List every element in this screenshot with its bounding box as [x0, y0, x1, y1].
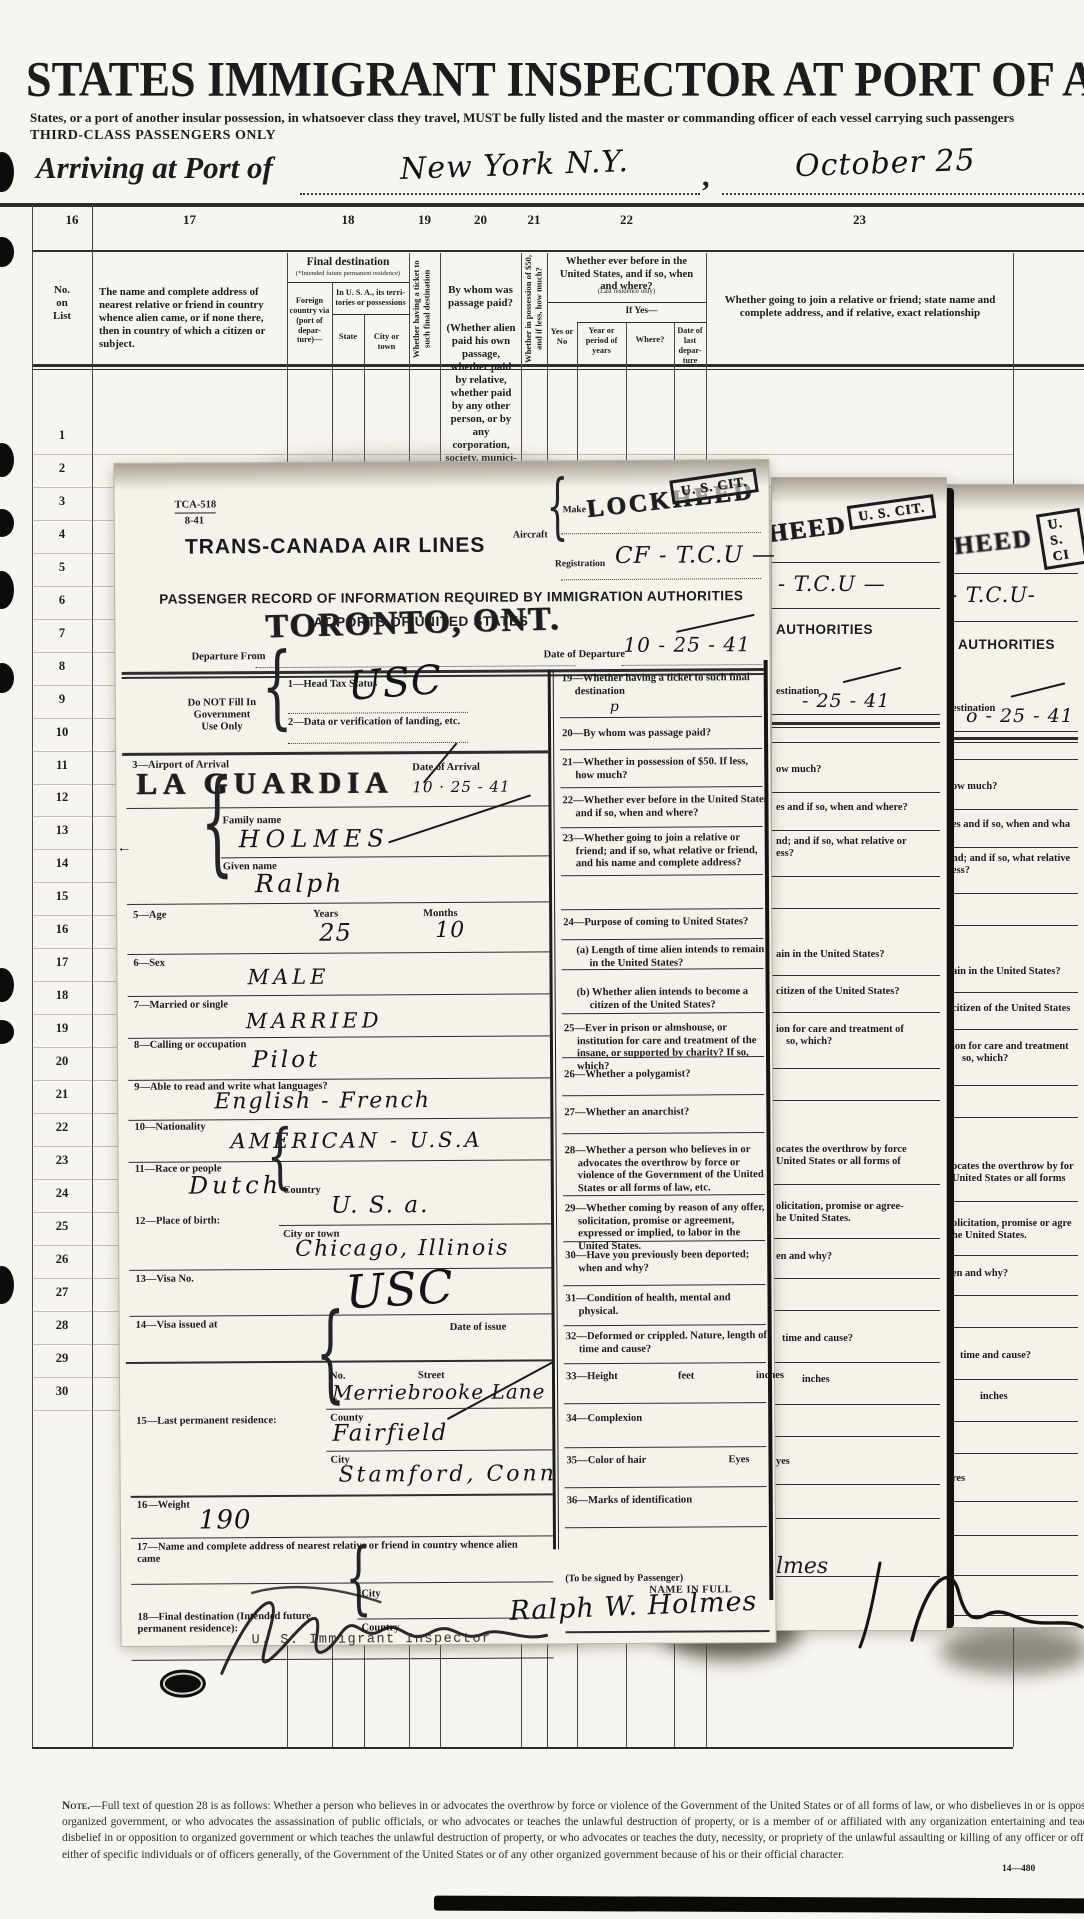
manifest-row-number: 25 — [40, 1219, 84, 1234]
answer-line — [562, 1094, 764, 1096]
col22-year: Year or period of years — [579, 326, 624, 356]
column-number-19: 19 — [409, 212, 440, 228]
binder-mark — [0, 509, 14, 537]
column-number-21: 21 — [521, 212, 547, 228]
binder-mark — [0, 1020, 14, 1044]
visa-no-value: USC — [344, 1259, 455, 1319]
toronto-stamp: TORONTO, ONT. — [265, 600, 561, 646]
binder-mark — [0, 237, 14, 267]
form-question: 31—Condition of health, mental and physi… — [565, 1292, 771, 1318]
answer-line — [772, 876, 940, 877]
form-question: 26—Whether a polygamist? — [564, 1068, 770, 1082]
answer-line — [948, 992, 1078, 993]
question-fragment: ain in the United States? — [776, 949, 885, 960]
given-name-value: Ralph — [255, 869, 345, 899]
answer-line — [948, 1295, 1078, 1296]
form-question: 30—Have you previously been deported; wh… — [565, 1249, 771, 1275]
form-question: 32—Deformed or crippled. Nature, length … — [566, 1330, 772, 1356]
question-fragment: time and cause? — [782, 1333, 853, 1344]
col16-label: No. on List — [40, 284, 84, 323]
header-bottom-rule — [32, 364, 1084, 367]
pen-mark — [1011, 682, 1066, 697]
form-code-numerator: TCA-518 — [175, 499, 217, 513]
inspector-signature — [191, 1561, 592, 1693]
manifest-row-number: 6 — [40, 593, 84, 608]
residence-city-value: Stamford, Conn — [339, 1461, 557, 1487]
manifest-row-number: 7 — [40, 626, 84, 641]
signature-flourish — [852, 1545, 1084, 1655]
col18-state: State — [334, 332, 362, 342]
inline-unit-label: Eyes — [728, 1454, 749, 1465]
column-number-17: 17 — [92, 212, 287, 228]
col22-ifyes: If Yes— — [577, 306, 706, 317]
question-fragment: yes — [776, 1456, 790, 1467]
note-body: —Full text of question 28 is as follows:… — [62, 1800, 1084, 1861]
manifest-row-number: 13 — [40, 823, 84, 838]
question-fragment: en and why? — [776, 1251, 832, 1262]
row-pointer-arrow: ← — [117, 840, 132, 857]
answer-line — [563, 1194, 765, 1196]
authorities-fragment: AUTHORITIES — [958, 637, 1055, 652]
document-title: STATES IMMIGRANT INSPECTOR AT PORT OF AR… — [26, 50, 1084, 107]
question-fragment: ow much? — [776, 764, 821, 775]
col18-foreign: Foreign country via (port of depar- ture… — [289, 296, 330, 345]
questions-column: 19—Whether having a ticket to such final… — [554, 460, 773, 1643]
manifest-row-number: 29 — [40, 1351, 84, 1366]
scan-black-band — [434, 1896, 1084, 1914]
question-fragment: ain in the United States? — [952, 966, 1061, 977]
col18-city: City or town — [366, 332, 407, 352]
answer-line — [948, 1201, 1078, 1202]
residence-label: 15—Last permanent residence: — [136, 1415, 276, 1428]
form-question: (b) Whether alien intends to become a ci… — [564, 986, 770, 1012]
visa-no-label: 13—Visa No. — [135, 1274, 194, 1286]
col22-where: Where? — [628, 334, 672, 344]
answer-line — [948, 809, 1078, 810]
arrival-date-label: Date of Arrival — [412, 762, 480, 774]
inline-unit-label: inches — [756, 1370, 784, 1381]
answer-line — [565, 1526, 767, 1528]
answer-line — [772, 1404, 940, 1405]
birth-country-label: Country — [283, 1185, 321, 1197]
answer-line — [772, 1238, 940, 1239]
sex-label: 6—Sex — [133, 958, 165, 970]
weight-value: 190 — [199, 1505, 252, 1535]
answer-line — [562, 1012, 764, 1014]
form-question: 23—Whether going to join a relative or f… — [563, 832, 769, 871]
answer-line — [948, 1255, 1078, 1256]
binder-mark — [0, 968, 14, 1002]
answer-line — [948, 731, 1078, 732]
answer-line — [772, 908, 940, 909]
answer-line — [560, 786, 762, 788]
married-value: MARRIED — [246, 1008, 383, 1033]
question-fragment: citizen of the United States? — [776, 986, 900, 997]
question-fragment: es and if so, when and wha — [952, 819, 1070, 830]
question-fragment: en and why? — [952, 1268, 1008, 1279]
note-lead: Note. — [62, 1800, 90, 1812]
subrule — [547, 302, 706, 303]
question-fragment: inches — [802, 1374, 830, 1385]
answer-line — [772, 1518, 940, 1519]
question-fragment: United States or all forms — [952, 1173, 1066, 1184]
tca-passenger-record-form: TCA-518 8-41 TRANS-CANADA AIR LINES Airc… — [114, 460, 775, 1646]
pen-mark — [388, 794, 531, 843]
col17-label: The name and complete address of nearest… — [99, 286, 281, 351]
answer-line — [562, 1132, 764, 1134]
answer-line — [772, 1100, 940, 1101]
answer-line — [561, 908, 763, 910]
answer-line — [948, 925, 1078, 926]
manifest-row-number: 12 — [40, 790, 84, 805]
manifest-row-number: 2 — [40, 461, 84, 476]
form-print-code: 14—480 — [1002, 1864, 1035, 1874]
manifest-row-number: 23 — [40, 1153, 84, 1168]
question-fragment: he United States. — [952, 1230, 1027, 1241]
laguardia-stamp: LA GUARDIA — [136, 764, 393, 802]
document-subtitle: States, or a port of another insular pos… — [30, 110, 1014, 126]
answer-line — [561, 874, 763, 876]
visa-issued-label: 14—Visa issued at — [136, 1319, 218, 1332]
binder-mark — [0, 571, 14, 609]
form-question: 28—Whether a person who believes in or a… — [565, 1144, 771, 1195]
answer-line — [948, 1085, 1078, 1086]
registration-fragment: - T.C.U — — [778, 572, 886, 596]
birth-label: 12—Place of birth: — [135, 1215, 220, 1228]
question-fragment: so, which? — [962, 1053, 1008, 1064]
authorities-fragment: AUTHORITIES — [776, 622, 873, 637]
birth-country-value: U. S. a. — [331, 1192, 430, 1219]
answer-line — [772, 1278, 940, 1279]
question-fragment: es and if so, when and where? — [776, 802, 908, 813]
question-fragment: ess? — [952, 865, 970, 876]
manifest-row-number: 11 — [40, 758, 84, 773]
table-top-rule — [0, 203, 1084, 207]
form-question: (a) Length of time alien intends to rema… — [563, 944, 769, 970]
answer-line — [565, 1486, 767, 1488]
col18-label: Final destination — [289, 256, 407, 270]
form-question: 27—Whether an anarchist? — [564, 1106, 770, 1120]
inspector-typed-label: U. S. Immigrant Inspector — [252, 1632, 492, 1648]
answer-line — [772, 1362, 940, 1363]
column-number-23: 23 — [706, 212, 1013, 228]
birth-city-value: Chicago, Illinois — [295, 1236, 509, 1262]
form-code-denominator: 8-41 — [185, 515, 204, 527]
manifest-row-number: 1 — [40, 428, 84, 443]
answer-line — [772, 1068, 940, 1069]
departure-from-label: Departure From — [192, 651, 266, 664]
answer-line — [948, 1379, 1078, 1380]
aircraft-label: Aircraft — [513, 529, 548, 541]
col22-yesno: Yes or No — [548, 326, 576, 347]
married-label: 7—Married or single — [134, 999, 228, 1012]
manifest-row-number: 20 — [40, 1054, 84, 1069]
column-line — [32, 205, 33, 1747]
question-fragment: so, which? — [786, 1036, 832, 1047]
overlapping-form-strip-2: HEED U. S. CI - T.C.U- AUTHORITIES o - 2… — [948, 485, 1084, 1627]
binder-mark — [0, 1266, 14, 1304]
weight-label: 16—Weight — [137, 1500, 190, 1512]
answer-line — [561, 938, 763, 940]
column-line — [92, 205, 93, 1747]
answer-line — [564, 1402, 766, 1404]
header-number-rule — [32, 250, 1084, 252]
form-question: 19—Whether having a ticket to such final… — [562, 672, 768, 698]
question-fragment: ess? — [776, 848, 794, 859]
gov-line2: Government — [194, 709, 251, 720]
languages-value: English - French — [214, 1088, 431, 1114]
form-question: 34—Complexion — [566, 1412, 772, 1426]
manifest-row-number: 16 — [40, 922, 84, 937]
comma-mark: , — [702, 160, 710, 194]
form-question: 33—Height — [566, 1370, 772, 1384]
head-tax-value: USC — [346, 657, 444, 710]
answer-line — [772, 1012, 940, 1013]
date-of-issue-label: Date of issue — [450, 1322, 507, 1334]
column-number-20: 20 — [440, 212, 521, 228]
form-question: 20—By whom was passage paid? — [562, 727, 768, 741]
question-fragment: citizen of the United States — [952, 1003, 1070, 1014]
arrival-date-handwritten-value: October 25 — [794, 143, 976, 184]
answer-line — [772, 975, 940, 976]
years-value: 25 — [319, 919, 352, 947]
answer-line — [948, 759, 1078, 760]
gov-line1: Do NOT Fill In — [188, 697, 256, 708]
question-fragment: nd; and if so, what relative or — [776, 836, 907, 847]
question-fragment: time and cause? — [960, 1350, 1031, 1361]
answer-line — [561, 968, 763, 970]
col20-label: By whom was passage paid? — [442, 284, 519, 310]
question-fragment: ion for care and treatment of — [776, 1024, 904, 1035]
column-number-18: 18 — [287, 212, 409, 228]
answer-line — [561, 826, 763, 828]
gov-use-label: Do NOT Fill In Government Use Only — [172, 697, 272, 734]
occupation-value: Pilot — [252, 1047, 320, 1073]
gov-line3: Use Only — [201, 721, 242, 732]
answer-line — [948, 1117, 1078, 1118]
field2-line — [288, 742, 468, 744]
footnote-question-28: Note.—Full text of question 28 is as fol… — [62, 1798, 1084, 1863]
port-blank-line — [300, 193, 700, 195]
manifest-row-number: 4 — [40, 527, 84, 542]
question-fragment: olicitation, promise or agree- — [776, 1201, 904, 1212]
question-fragment: nd; and if so, what relative — [952, 853, 1070, 864]
us-cit-stamp: U. S. CIT. — [847, 494, 937, 530]
answer-line — [772, 792, 940, 793]
inline-unit-label: feet — [678, 1370, 694, 1381]
manifest-row-number: 22 — [40, 1120, 84, 1135]
answer-line — [772, 1436, 940, 1437]
col19-label: Whether having a ticket to such final de… — [411, 254, 438, 364]
answer-line — [772, 1310, 940, 1311]
col22-sub: (Last residence only) — [551, 288, 702, 296]
col18-usa: In U. S. A., its terri- tories or posses… — [334, 288, 407, 308]
manifest-row-number: 21 — [40, 1087, 84, 1102]
lockheed-stamp-fragment: HEED — [772, 511, 848, 548]
col18-sub: (*Intended future permanent residence) — [289, 270, 407, 278]
subrule — [332, 314, 409, 315]
lockheed-stamp-fragment: HEED — [953, 525, 1034, 561]
nationality-label: 10—Nationality — [134, 1121, 205, 1133]
manifest-row-number: 3 — [40, 494, 84, 509]
age-label: 5—Age — [133, 910, 166, 922]
table-bottom-rule — [32, 1747, 1013, 1749]
answer-line — [564, 1324, 766, 1326]
field2-label: 2—Data or verification of landing, etc. — [288, 716, 460, 729]
answer-line — [948, 1453, 1078, 1454]
answer-line — [948, 1029, 1078, 1030]
col21-label: Whether in possession of $50, and if les… — [523, 254, 545, 364]
manifest-row-number: 26 — [40, 1252, 84, 1267]
form-question: 21—Whether in possession of $50. If less… — [562, 756, 768, 782]
form-question: 24—Purpose of coming to United States? — [563, 916, 769, 930]
manifest-row-number: 24 — [40, 1186, 84, 1201]
answer-line — [948, 1327, 1078, 1328]
months-value: 10 — [435, 918, 465, 943]
manifest-row-number: 5 — [40, 560, 84, 575]
question-fragment: ion for care and treatment — [952, 1041, 1069, 1052]
manifest-row-number: 10 — [40, 725, 84, 740]
pen-mark — [843, 667, 902, 683]
answer-line — [560, 716, 762, 718]
manifest-row-number: 28 — [40, 1318, 84, 1333]
answer-line — [560, 748, 762, 750]
answer-line — [772, 714, 940, 715]
answer-line — [948, 1421, 1078, 1422]
field1-line — [288, 712, 468, 714]
answer-line — [564, 1362, 766, 1364]
answer-line — [564, 1446, 766, 1448]
col22-date: Date of last depar- ture — [676, 326, 704, 365]
manifest-row-number: 18 — [40, 988, 84, 1003]
third-class-line: THIRD-CLASS PASSENGERS ONLY — [30, 128, 276, 144]
subrule — [287, 282, 409, 283]
answer-line — [772, 742, 940, 743]
question-fragment: ocates the overthrow by for — [952, 1161, 1074, 1172]
question-fragment: ocates the overthrow by force — [776, 1144, 907, 1155]
manifest-row-line — [32, 454, 1013, 455]
column-number-16: 16 — [52, 212, 92, 228]
sign-note-label: (To be signed by Passenger) — [565, 1573, 683, 1585]
scanned-document-page: STATES IMMIGRANT INSPECTOR AT PORT OF AR… — [0, 0, 1084, 1919]
question-fragment: estination — [952, 703, 995, 714]
column-number-22: 22 — [547, 212, 706, 228]
answer-line — [948, 1535, 1078, 1536]
question-fragment: he United States. — [776, 1213, 851, 1224]
question-fragment: estination — [776, 686, 819, 697]
occupation-label: 8—Calling or occupation — [134, 1039, 246, 1052]
residence-county-value: Fairfield — [332, 1420, 448, 1447]
question-fragment: olicitation, promise or agre — [952, 1218, 1071, 1229]
answer-line — [948, 893, 1078, 894]
date-blank-line — [722, 193, 1084, 195]
question-fragment: ow much? — [952, 781, 997, 792]
subrule — [577, 322, 706, 323]
col23-label: Whether going to join a relative or frie… — [712, 294, 1008, 320]
arrival-date-value: 10 · 25 - 41 — [412, 778, 510, 797]
question-fragment: United States or all forms of — [776, 1156, 901, 1167]
header-bottom-rule2 — [32, 369, 1084, 370]
form-question: 22—Whether ever before in the United Sta… — [562, 794, 768, 820]
airline-name: TRANS-CANADA AIR LINES — [185, 534, 486, 560]
question-fragment: inches — [980, 1391, 1008, 1402]
manifest-row-number: 9 — [40, 692, 84, 707]
answer-line — [948, 1501, 1078, 1502]
answer-line — [772, 830, 940, 831]
binder-mark — [0, 663, 14, 693]
registration-fragment: - T.C.U- — [950, 583, 1036, 607]
overlapping-form-strip-1: HEED U. S. CIT. - T.C.U — AUTHORITIES - … — [772, 478, 946, 1630]
manifest-row-number: 17 — [40, 955, 84, 970]
manifest-row-number: 27 — [40, 1285, 84, 1300]
manifest-row-number: 8 — [40, 659, 84, 674]
binder-mark — [0, 152, 14, 192]
port-handwritten-value: New York N.Y. — [399, 144, 629, 187]
us-cit-stamp: U. S. CI — [1036, 508, 1084, 570]
arriving-at-port-label: Arriving at Port of — [36, 150, 273, 186]
manifest-row-number: 19 — [40, 1021, 84, 1036]
manifest-row-number: 15 — [40, 889, 84, 904]
answer-line — [772, 1184, 940, 1185]
form-question: 36—Marks of identification — [567, 1494, 773, 1508]
manifest-row-number: 14 — [40, 856, 84, 871]
family-name-value: HOLMES — [239, 824, 390, 853]
form-question: 25—Ever in prison or almshouse, or insti… — [564, 1022, 770, 1073]
binder-mark — [0, 443, 14, 477]
answer-line — [563, 1284, 765, 1286]
answer-line — [772, 1484, 940, 1485]
form-question: 29—Whether coming by reason of any offer… — [565, 1202, 771, 1253]
sex-value: MALE — [247, 965, 329, 990]
answer-line — [948, 847, 1078, 848]
pen-mark-q19: p — [610, 699, 620, 715]
manifest-row-number: 30 — [40, 1384, 84, 1399]
